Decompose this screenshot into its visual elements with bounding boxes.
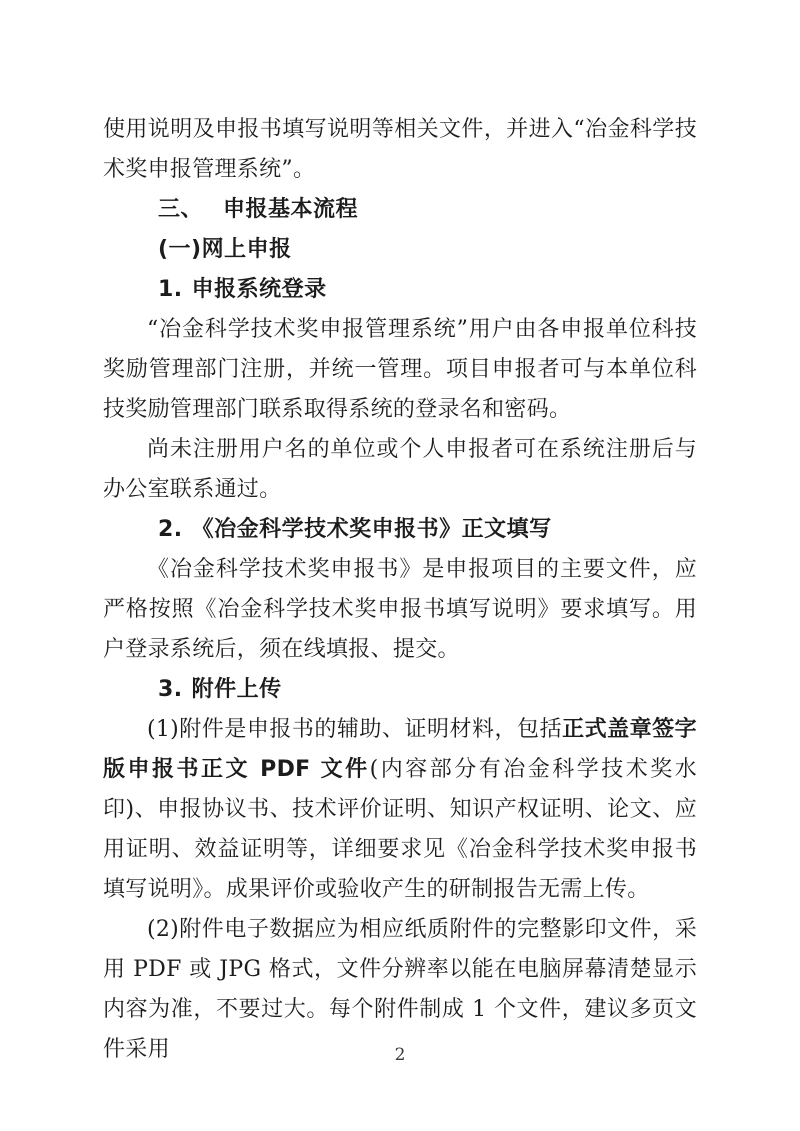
paragraph-login: “冶金科学技术奖申报管理系统”用户由各申报单位科技奖励管理部门注册，并统一管理。… (103, 310, 697, 430)
section-heading: 三、申报基本流程 (103, 190, 697, 230)
item-title: 《冶金科学技术奖申报书》正文填写 (192, 517, 552, 542)
paragraph-register: 尚未注册用户名的单位或个人申报者可在系统注册后与办公室联系通过。 (103, 430, 697, 510)
item-title: 附件上传 (192, 677, 282, 702)
paragraph-form: 《冶金科学技术奖申报书》是申报项目的主要文件，应严格按照《冶金科学技术奖申报书填… (103, 550, 697, 670)
paragraph-form-text: 《冶金科学技术奖申报书》是申报项目的主要文件，应严格按照《冶金科学技术奖申报书填… (103, 557, 697, 662)
item-heading-attachment: 3.附件上传 (103, 670, 697, 710)
item-title: 申报系统登录 (192, 277, 327, 302)
item-heading-login: 1.申报系统登录 (103, 270, 697, 310)
paragraph-attachment-1: (1)附件是申报书的辅助、证明材料，包括正式盖章签字版申报书正文 PDF 文件(… (103, 710, 697, 910)
paragraph-continuation-text: 使用说明及申报书填写说明等相关文件，并进入“冶金科学技术奖申报管理系统”。 (103, 117, 697, 182)
document-body: 使用说明及申报书填写说明等相关文件，并进入“冶金科学技术奖申报管理系统”。 三、… (103, 110, 697, 1070)
item-number: 2. (158, 517, 183, 542)
paragraph-login-text: “冶金科学技术奖申报管理系统”用户由各申报单位科技奖励管理部门注册，并统一管理。… (103, 317, 697, 422)
page-number: 2 (0, 1042, 800, 1068)
item-number: 3. (158, 677, 183, 702)
item-heading-form: 2.《冶金科学技术奖申报书》正文填写 (103, 510, 697, 550)
paragraph-attachment-2-text: (2)附件电子数据应为相应纸质附件的完整影印文件，采用 PDF 或 JPG 格式… (103, 917, 697, 1062)
subsection-title: (一)网上申报 (158, 237, 292, 262)
section-title: 申报基本流程 (223, 197, 358, 222)
paragraph-register-text: 尚未注册用户名的单位或个人申报者可在系统注册后与办公室联系通过。 (103, 437, 697, 502)
document-page: 使用说明及申报书填写说明等相关文件，并进入“冶金科学技术奖申报管理系统”。 三、… (0, 0, 800, 1131)
item-number: 1. (158, 277, 183, 302)
subsection-heading: (一)网上申报 (103, 230, 697, 270)
paragraph-continuation: 使用说明及申报书填写说明等相关文件，并进入“冶金科学技术奖申报管理系统”。 (103, 110, 697, 190)
section-number: 三、 (158, 197, 203, 222)
attachment-run-normal-1: (1)附件是申报书的辅助、证明材料，包括 (147, 717, 562, 742)
